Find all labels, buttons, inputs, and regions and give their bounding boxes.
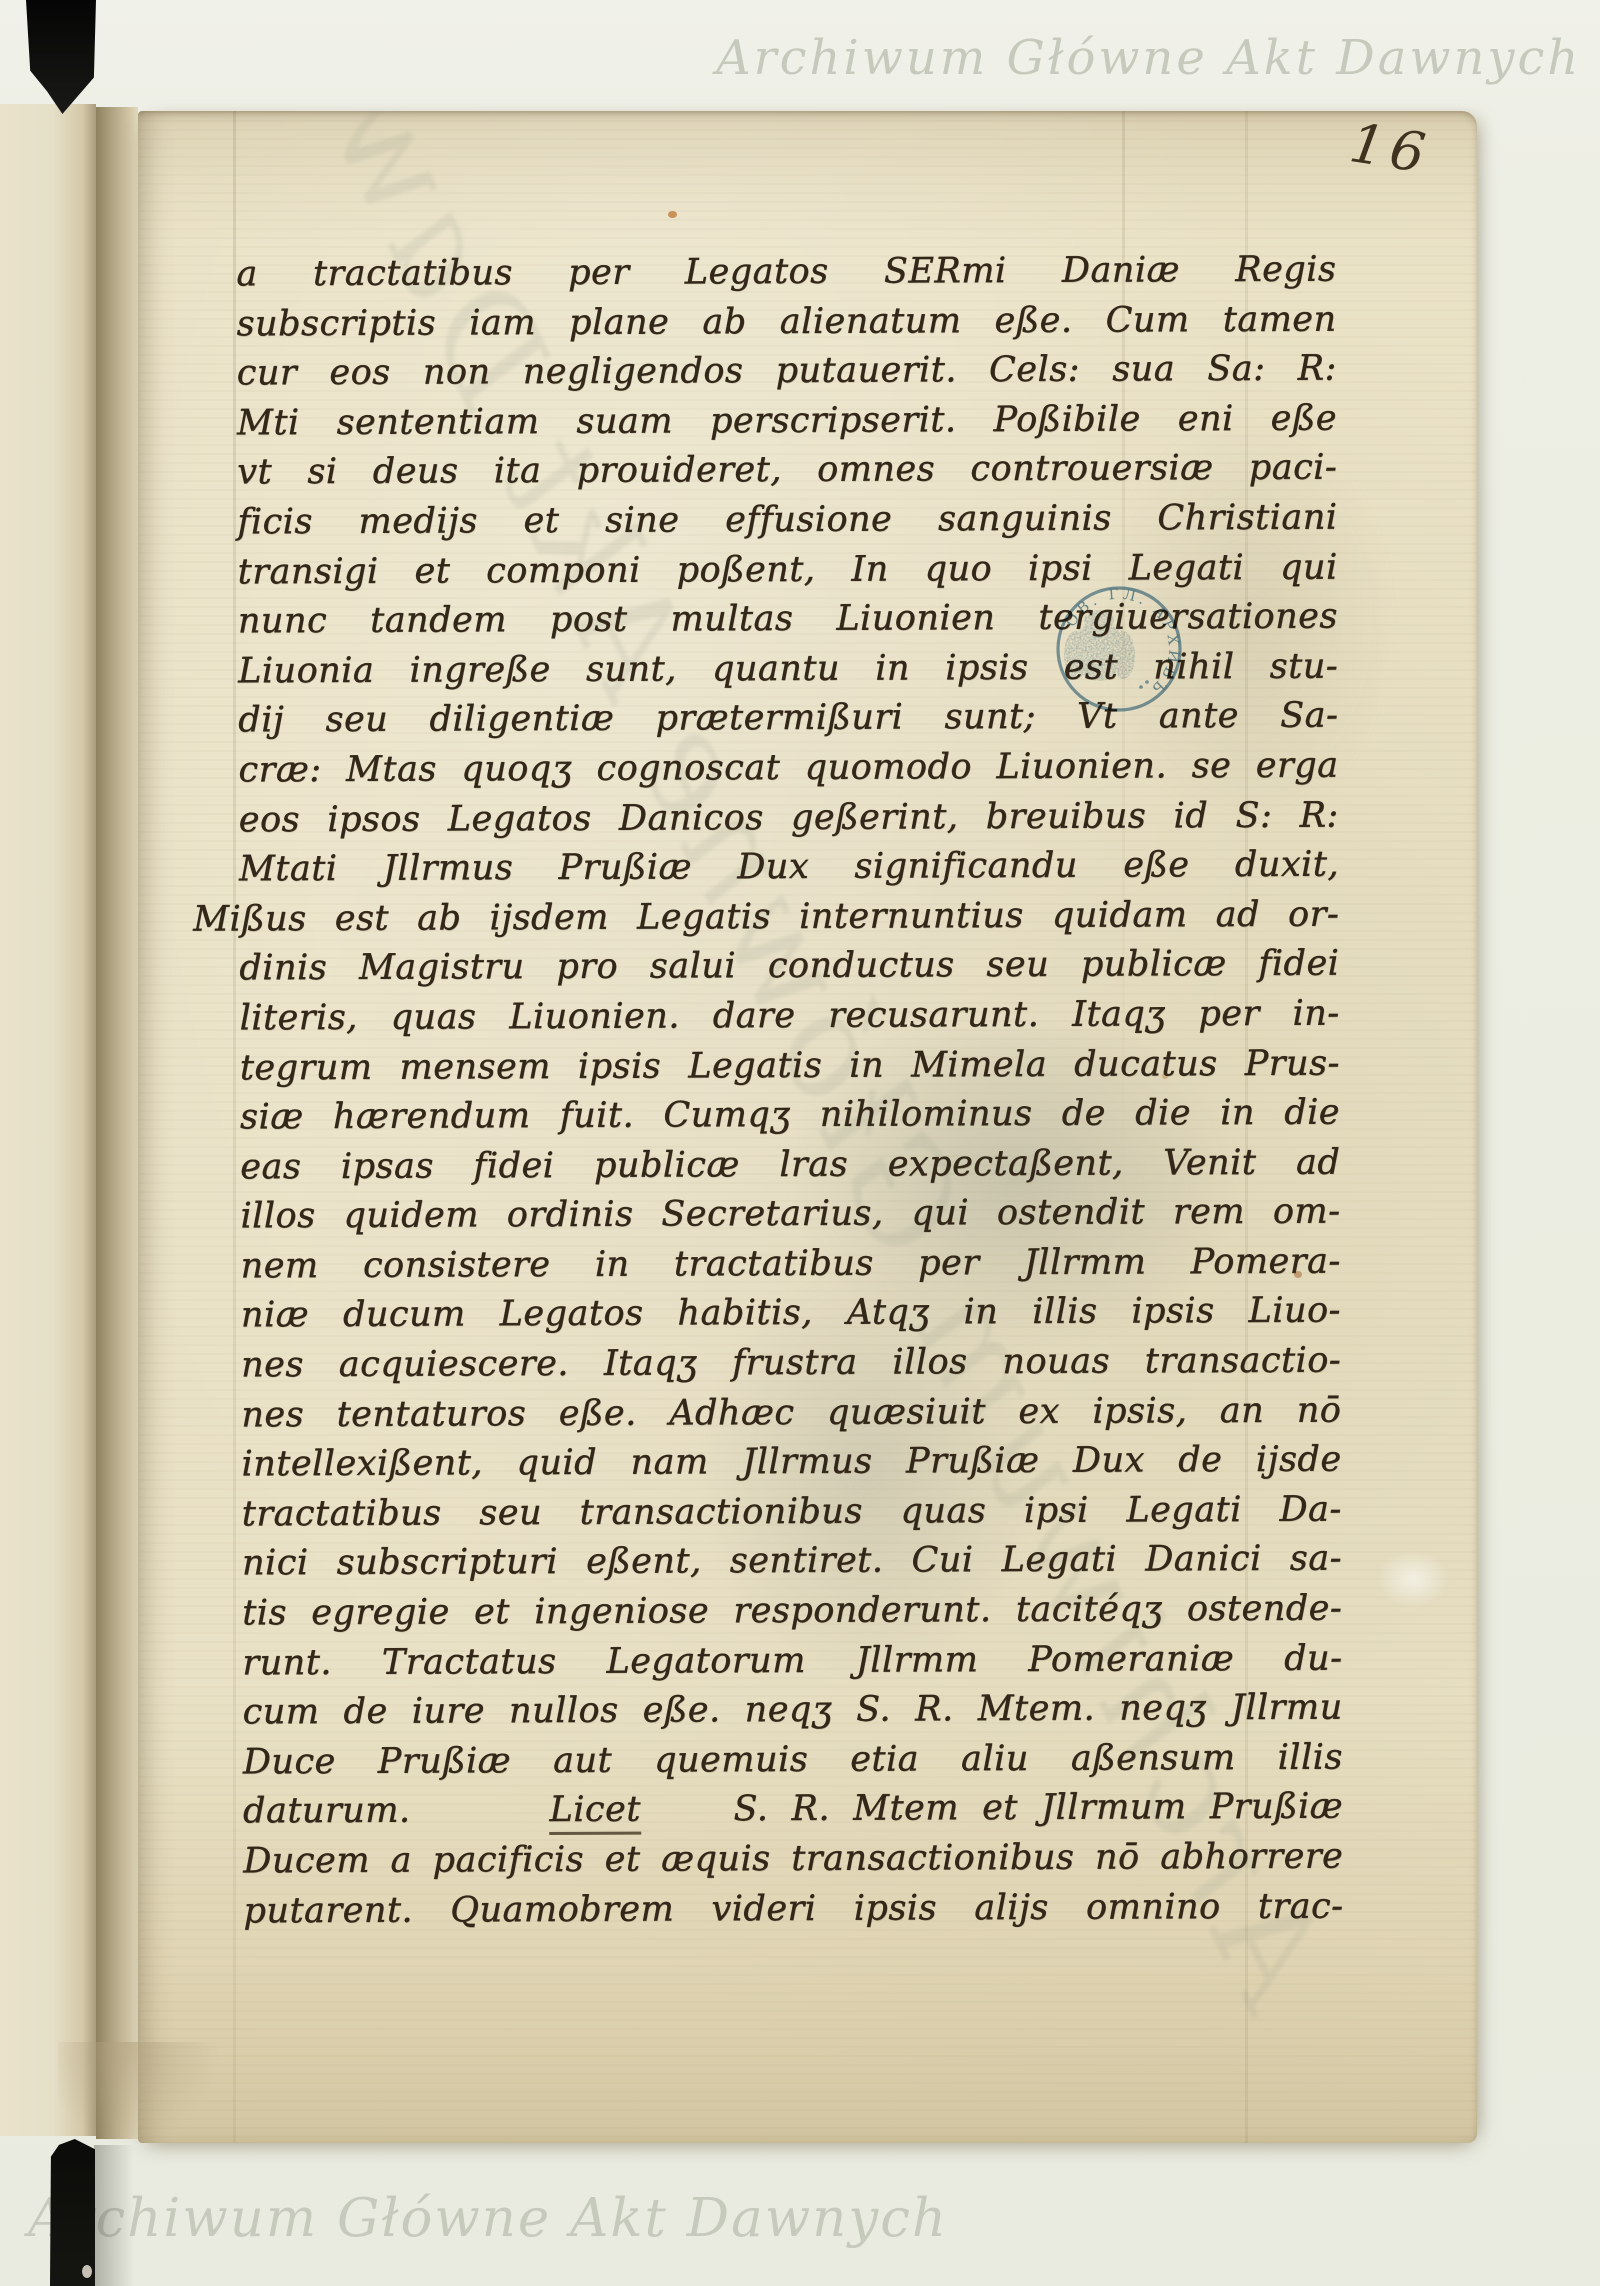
manuscript-line: tractatibus seu transactionibus quas ips… — [242, 1485, 1342, 1539]
archival-scan: { "archive_watermark": { "text": "Archiw… — [0, 0, 1600, 2286]
page-number: 16 — [1346, 111, 1436, 186]
manuscript-line: cum de iure nullos eße. neqʒ S. R. Mtem.… — [243, 1684, 1343, 1738]
manuscript-line: Mtati Jllrmus Prußiæ Dux significandu eß… — [239, 841, 1339, 895]
black-ribbon-bottom — [50, 2139, 95, 2286]
manuscript-line: Mti sententiam suam perscripserit. Poßib… — [237, 394, 1337, 448]
previous-page-edge — [0, 104, 96, 2136]
manuscript-line: nes acquiescere. Itaqʒ frustra illos nou… — [241, 1337, 1341, 1391]
manuscript-line: tis egregie et ingeniose responderunt. t… — [242, 1585, 1342, 1639]
manuscript-line: nem consistere in tractatibus per Jllrmm… — [241, 1237, 1341, 1291]
manuscript-line: putarent. Quamobrem videri ipsis alijs o… — [243, 1882, 1343, 1936]
manuscript-line: eos ipsos Legatos Danicos geßerint, breu… — [239, 791, 1339, 845]
manuscript-page: Archiwum Główne Akt Dawnych 16 a tractat… — [138, 111, 1477, 2143]
manuscript-line: illos quidem ordinis Secretarius, qui os… — [240, 1188, 1340, 1242]
ribbon-spot — [82, 2265, 92, 2278]
manuscript-line: daturum. Licet S. R. Mtem et Jllrmum Pru… — [243, 1783, 1343, 1837]
manuscript-line: nici subscripturi eßent, sentiret. Cui L… — [242, 1535, 1342, 1589]
manuscript-line: niæ ducum Legatos habitis, Atqʒ in illis… — [241, 1287, 1341, 1341]
manuscript-line: eas ipsas fidei publicæ lras expectaßent… — [240, 1138, 1340, 1192]
manuscript-line: siæ hærendum fuit. Cumqʒ nihilominus de … — [240, 1089, 1340, 1143]
manuscript-line: a tractatibus per Legatos SERmi Daniæ Re… — [236, 246, 1336, 300]
manuscript-line: runt. Tractatus Legatorum Jllrmm Pomeran… — [242, 1634, 1342, 1688]
underlined-word: Licet — [549, 1790, 641, 1835]
manuscript-line: cræ: Mtas quoqʒ cognoscat quomodo Liuoni… — [238, 742, 1338, 796]
manuscript-line: Mißus est ab ijsdem Legatis internuntius… — [193, 890, 1339, 945]
manuscript-line: literis, quas Liuonien. dare recusarunt.… — [240, 990, 1340, 1044]
archive-stamp: ОВ. ГЛ. АРХИВЪ — [1029, 559, 1209, 739]
manuscript-line: Ducem a pacificis et æquis transactionib… — [243, 1833, 1343, 1887]
manuscript-line: ficis medijs et sine effusione sanguinis… — [237, 494, 1337, 548]
manuscript-line: intellexißent, quid nam Jllrmus Prußiæ D… — [242, 1436, 1342, 1490]
paper-damage-spot — [1378, 1551, 1448, 1607]
manuscript-line: vt si deus ita prouideret, omnes controu… — [237, 444, 1337, 498]
manuscript-line: dinis Magistru pro salui conductus seu p… — [239, 940, 1339, 994]
ribbon-shadow — [94, 2145, 134, 2286]
watermark-bottom: Archiwum Główne Akt Dawnych — [28, 2188, 948, 2249]
manuscript-line: cur eos non negligendos putauerit. Cels:… — [237, 345, 1337, 399]
manuscript-line: subscriptis iam plane ab alienatum eße. … — [237, 295, 1337, 349]
manuscript-line: Duce Prußiæ aut quemuis etia aliu aßensu… — [243, 1733, 1343, 1787]
watermark-top: Archiwum Główne Akt Dawnych — [716, 30, 1581, 86]
fold-crease — [233, 111, 236, 2143]
manuscript-text: a tractatibus per Legatos SERmi Daniæ Re… — [236, 246, 1343, 1937]
binding-gutter-shadow — [96, 107, 138, 2139]
manuscript-line: nes tentaturos eße. Adhæc quæsiuit ex ip… — [241, 1386, 1341, 1440]
black-ribbon-top — [26, 0, 96, 114]
manuscript-line: tegrum mensem ipsis Legatis in Mimela du… — [240, 1039, 1340, 1093]
paper-speck — [668, 211, 677, 218]
